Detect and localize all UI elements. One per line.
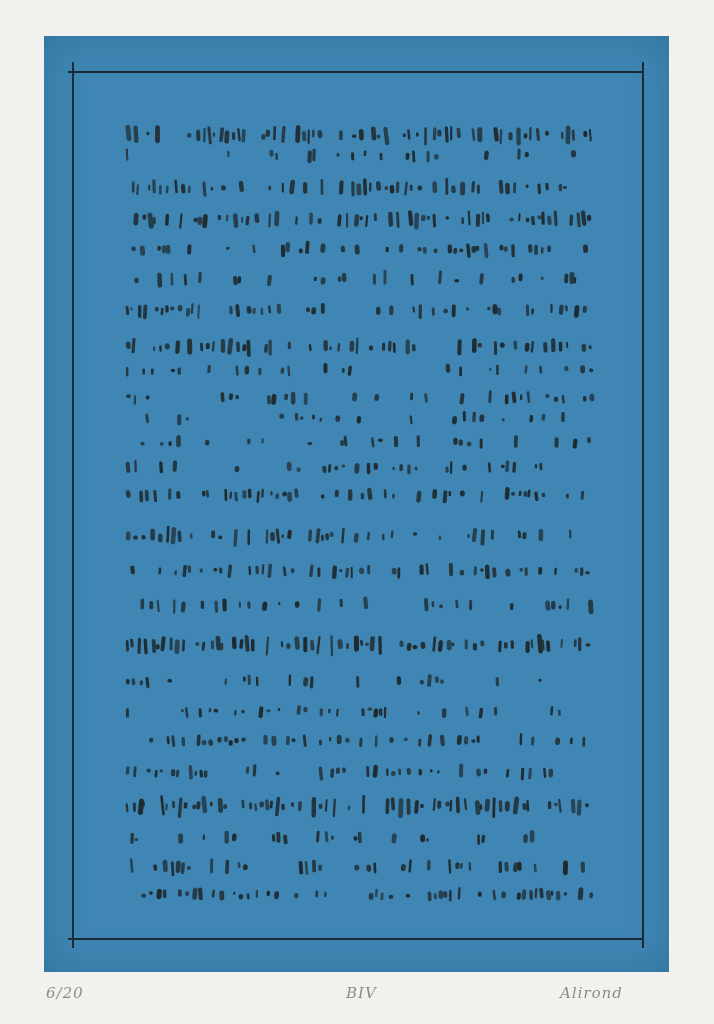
etching-plate [44, 36, 669, 972]
edition-number: 6/20 [46, 984, 84, 1002]
ink-marks [44, 36, 669, 972]
artwork-title: BIV [346, 984, 377, 1002]
artist-signature: Alirond [560, 984, 623, 1002]
